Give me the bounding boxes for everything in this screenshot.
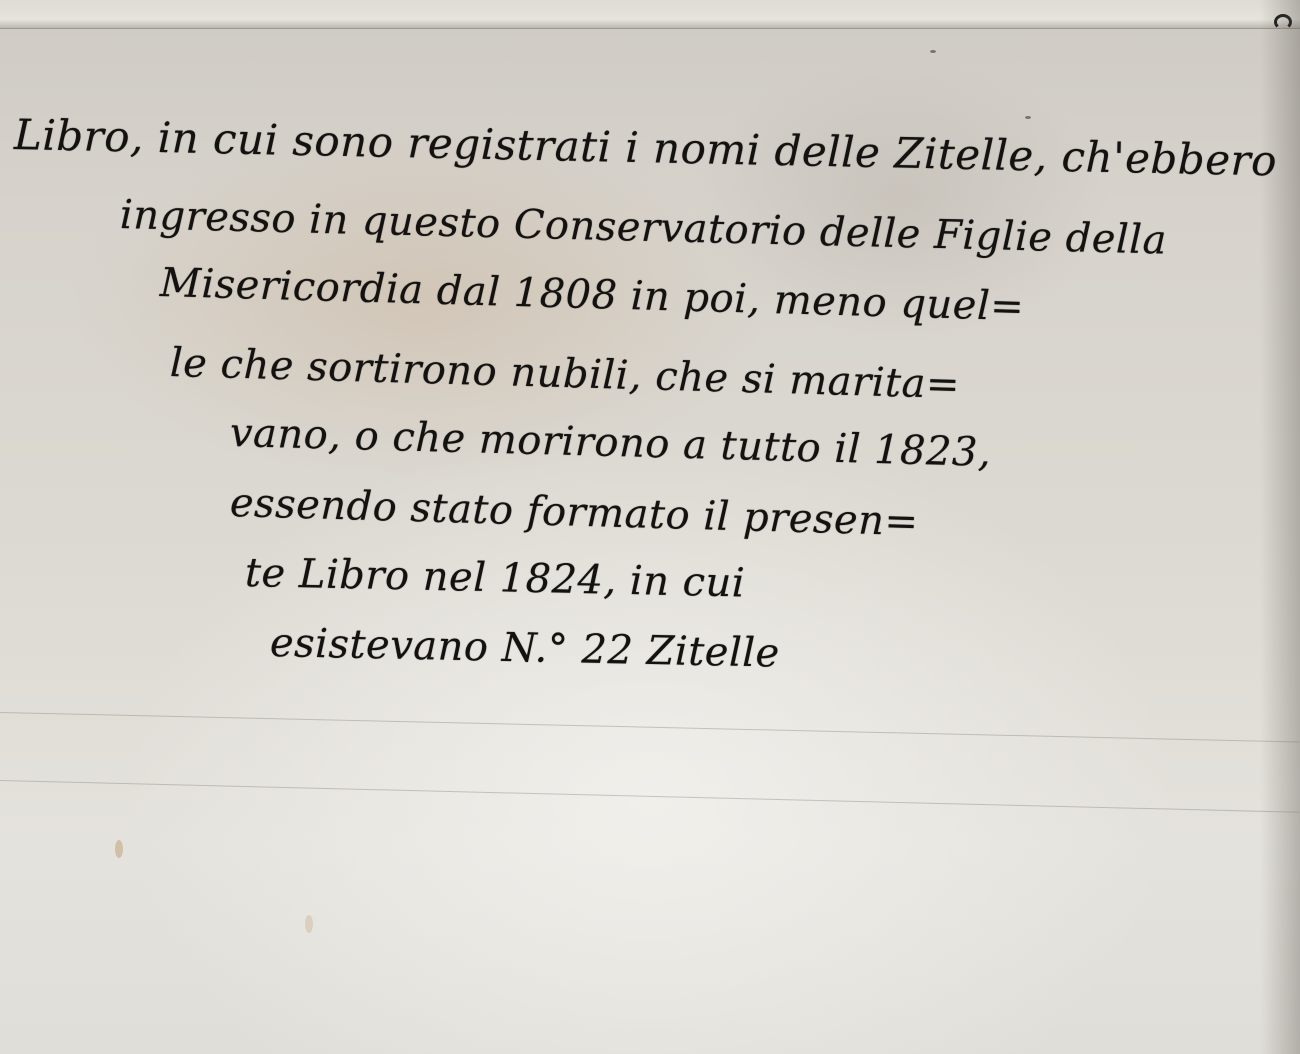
manuscript-line-8: esistevano N.° 22 Zitelle <box>270 620 781 677</box>
ruled-line <box>0 780 1300 813</box>
manuscript-line-5: vano, o che morirono a tutto il 1823, <box>229 410 991 476</box>
manuscript-line-1: Libro, in cui sono registrati i nomi del… <box>13 110 1277 185</box>
paper-stain <box>305 915 313 933</box>
manuscript-line-6: essendo stato formato il presen= <box>229 480 919 545</box>
manuscript-page: Libro, in cui sono registrati i nomi del… <box>0 0 1300 1054</box>
manuscript-line-3: Misericordia dal 1808 in poi, meno quel= <box>159 260 1025 330</box>
manuscript-line-4: le che sortirono nubili, che si marita= <box>169 340 960 408</box>
manuscript-line-7: te Libro nel 1824, in cui <box>245 550 746 606</box>
manuscript-line-2: ingresso in questo Conservatorio delle F… <box>119 192 1167 264</box>
paper-stain <box>115 840 123 858</box>
handwritten-text: Libro, in cui sono registrati i nomi del… <box>0 0 1300 720</box>
